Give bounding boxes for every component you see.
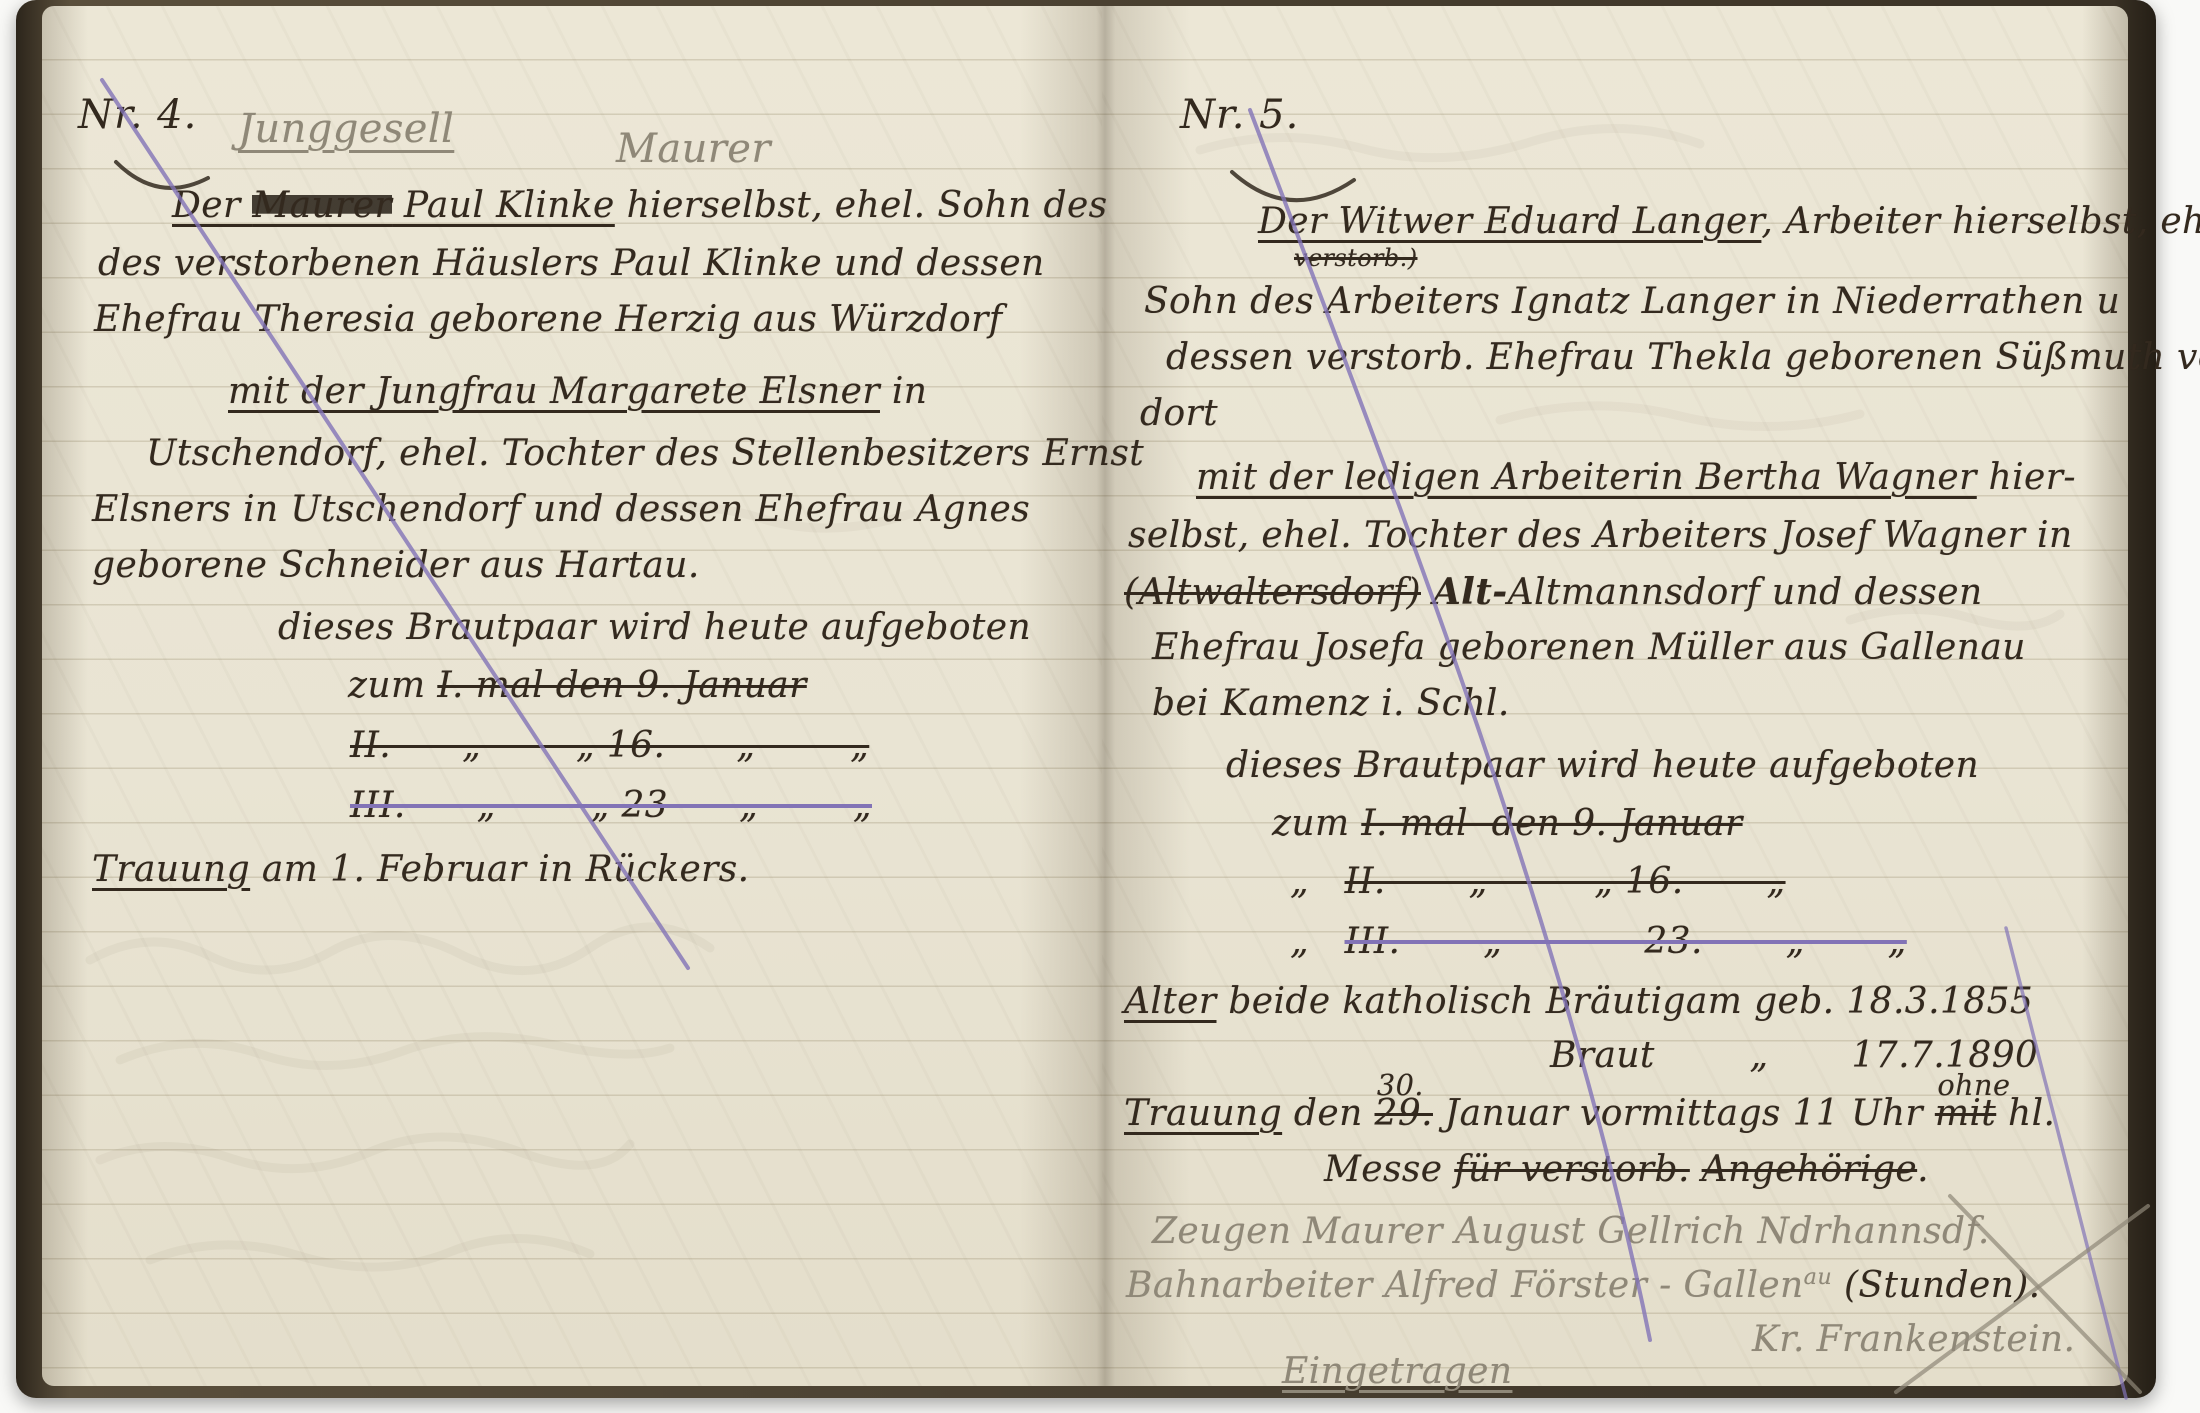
manuscript-line: Sohn des Arbeiters Ignatz Langer in Nied… xyxy=(1144,278,2120,327)
manuscript-segment: au xyxy=(1804,1264,1832,1290)
manuscript-segment: (Altwaltersdorf) xyxy=(1124,572,1421,613)
manuscript-line: zum I. mal den 9. Januar xyxy=(1272,800,1743,849)
manuscript-line: bei Kamenz i. Schl. xyxy=(1152,680,1510,729)
manuscript-segment: Messe xyxy=(1324,1149,1454,1190)
manuscript-segment: verstorb.) xyxy=(1294,244,1417,272)
manuscript-segment: Angehörige xyxy=(1702,1149,1917,1190)
manuscript-segment: zum xyxy=(1272,803,1361,844)
manuscript-segment: I. mal den 9. Januar xyxy=(1361,803,1742,844)
manuscript-segment: Zeugen Maurer August Gellrich Ndrhannsdf… xyxy=(1152,1211,1990,1252)
manuscript-segment: Maurer xyxy=(616,126,771,172)
manuscript-segment: III. „ 23. „ „ xyxy=(1345,921,1907,962)
manuscript-segment xyxy=(1690,1149,1702,1190)
manuscript-line: Kr. Frankenstein. xyxy=(1752,1316,2075,1365)
manuscript-segment: bei Kamenz i. Schl. xyxy=(1152,683,1510,724)
manuscript-segment: II. „ „ 16. „ „ xyxy=(350,725,869,766)
manuscript-segment: Bahnarbeiter Alfred Förster - Gallen xyxy=(1126,1265,1804,1306)
manuscript-segment: dieses Brautpaar wird heute aufgeboten xyxy=(1226,745,1979,786)
manuscript-line: „ II. „ „ 16. „ xyxy=(1290,858,1786,907)
manuscript-line: Ehefrau Josefa geborenen Müller aus Gall… xyxy=(1152,624,2026,673)
manuscript-line: selbst, ehel. Tochter des Arbeiters Jose… xyxy=(1128,512,2073,561)
manuscript-line: zum I. mal den 9. Januar xyxy=(348,662,807,711)
manuscript-line: Junggesell xyxy=(238,102,454,156)
manuscript-segment: Junggesell xyxy=(238,106,454,152)
manuscript-line: „ III. „ 23. „ „ xyxy=(1290,918,1907,967)
manuscript-segment: , Arbeiter hierselbst, ehel. xyxy=(1761,201,2200,242)
manuscript-line: Utschendorf, ehel. Tochter des Stellenbe… xyxy=(146,430,1144,479)
manuscript-segment: mit der ledigen Arbeiterin Bertha Wagner xyxy=(1196,457,1977,498)
manuscript-segment: geborene Schneider aus Hartau. xyxy=(92,545,700,586)
manuscript-segment: selbst, ehel. Tochter des Arbeiters Jose… xyxy=(1128,515,2073,556)
manuscript-segment: Alt- xyxy=(1433,571,1508,613)
manuscript-line: mit der Jungfrau Margarete Elsner in xyxy=(228,368,927,417)
manuscript-line: Eingetragen xyxy=(1282,1348,1512,1397)
manuscript-segment: am 1. Februar in Rückers. xyxy=(250,849,749,890)
correction-above: ohne xyxy=(1937,1066,2010,1105)
manuscript-line: III. „ „ 23 „ „ xyxy=(350,782,872,831)
manuscript-segment: dieses Brautpaar wird heute aufgeboten xyxy=(278,607,1031,648)
entry-number-right: Nr. 5. xyxy=(1180,92,1299,138)
manuscript-segment: für verstorb. xyxy=(1454,1149,1690,1190)
manuscript-line: (Altwaltersdorf) Alt-Altmannsdorf und de… xyxy=(1124,568,1983,618)
entry-number-left: Nr. 4. xyxy=(78,92,197,138)
manuscript-segment: Ehefrau Josefa geborenen Müller aus Gall… xyxy=(1152,627,2026,668)
manuscript-line: mit der ledigen Arbeiterin Bertha Wagner… xyxy=(1196,454,2076,503)
manuscript-segment: . xyxy=(1917,1149,1929,1190)
manuscript-line: geborene Schneider aus Hartau. xyxy=(92,542,700,591)
manuscript-segment: mitohne xyxy=(1935,1093,1996,1134)
manuscript-segment xyxy=(1421,572,1433,613)
manuscript-segment: Ehefrau Theresia geborene Herzig aus Wür… xyxy=(94,299,1002,340)
manuscript-segment: beide katholisch Bräutigam geb. 18.3.185… xyxy=(1217,981,2034,1022)
manuscript-segment: Kr. Frankenstein. xyxy=(1752,1319,2075,1360)
manuscript-segment: Utschendorf, ehel. Tochter des Stellenbe… xyxy=(146,433,1144,474)
manuscript-segment: dort xyxy=(1140,393,1218,434)
manuscript-segment: „ xyxy=(1290,861,1345,902)
manuscript-segment: hierselbst, ehel. Sohn des xyxy=(615,185,1108,226)
manuscript-segment: in xyxy=(880,371,927,412)
manuscript-segment: Sohn des Arbeiters Ignatz Langer in Nied… xyxy=(1144,281,2120,322)
manuscript-line: dieses Brautpaar wird heute aufgeboten xyxy=(1226,742,1979,791)
manuscript-line: Alter beide katholisch Bräutigam geb. 18… xyxy=(1124,978,2033,1027)
manuscript-segment: Trauung xyxy=(92,849,250,890)
manuscript-line: Der Witwer Eduard Langer, Arbeiter hiers… xyxy=(1258,198,2200,247)
manuscript-segment: II. „ „ 16. „ xyxy=(1345,861,1786,902)
manuscript-line: Bahnarbeiter Alfred Förster - Gallenau (… xyxy=(1126,1262,2041,1311)
manuscript-line: Der Maurer Paul Klinke hierselbst, ehel.… xyxy=(172,182,1108,231)
notebook-scan: Nr. 4. Nr. 5. JunggesellMaurerDer Maurer… xyxy=(0,0,2200,1413)
manuscript-line: dort xyxy=(1140,390,1218,439)
manuscript-segment: III. „ „ 23 „ „ xyxy=(350,785,872,826)
manuscript-line: Elsners in Utschendorf und dessen Ehefra… xyxy=(92,486,1030,535)
manuscript-segment: Paul Klinke xyxy=(392,185,615,226)
manuscript-segment: Der Witwer Eduard Langer xyxy=(1258,201,1761,242)
manuscript-line: dessen verstorb. Ehefrau Thekla geborene… xyxy=(1166,334,2200,383)
manuscript-segment: Trauung xyxy=(1124,1093,1282,1134)
manuscript-line: II. „ „ 16. „ „ xyxy=(350,722,869,771)
manuscript-segment: des verstorbenen Häuslers Paul Klinke un… xyxy=(98,243,1045,284)
manuscript-line: Zeugen Maurer August Gellrich Ndrhannsdf… xyxy=(1152,1208,1990,1257)
manuscript-line: Maurer xyxy=(616,122,771,176)
manuscript-segment: Alter xyxy=(1124,981,1217,1022)
manuscript-line: dieses Brautpaar wird heute aufgeboten xyxy=(278,604,1031,653)
manuscript-segment: Der xyxy=(172,185,252,226)
manuscript-segment: Eingetragen xyxy=(1282,1351,1512,1392)
manuscript-line: Messe für verstorb. Angehörige. xyxy=(1324,1146,1929,1195)
manuscript-line: des verstorbenen Häuslers Paul Klinke un… xyxy=(98,240,1045,289)
manuscript-segment: zum xyxy=(348,665,437,706)
manuscript-line: verstorb.) xyxy=(1294,242,1417,274)
manuscript-segment: 29.30. xyxy=(1375,1093,1433,1134)
manuscript-segment: Maurer xyxy=(252,185,392,226)
manuscript-segment: „ xyxy=(1290,921,1345,962)
manuscript-segment: I. mal den 9. Januar xyxy=(437,665,806,706)
manuscript-segment: dessen verstorb. Ehefrau Thekla geborene… xyxy=(1166,337,2200,378)
manuscript-line: Trauung den 29.30. Januar vormittags 11 … xyxy=(1124,1090,2055,1139)
manuscript-segment: hier- xyxy=(1977,457,2076,498)
manuscript-segment: den xyxy=(1282,1093,1374,1134)
manuscript-line: Trauung am 1. Februar in Rückers. xyxy=(92,846,749,895)
manuscript-segment: Altmannsdorf und dessen xyxy=(1508,572,1983,613)
manuscript-segment xyxy=(1832,1265,1844,1306)
manuscript-segment: mit der Jungfrau Margarete Elsner xyxy=(228,371,880,412)
manuscript-line: Ehefrau Theresia geborene Herzig aus Wür… xyxy=(94,296,1002,345)
manuscript-segment: Elsners in Utschendorf und dessen Ehefra… xyxy=(92,489,1030,530)
manuscript-segment: Januar vormittags 11 Uhr xyxy=(1433,1093,1935,1134)
manuscript-segment: (Stunden). xyxy=(1844,1265,2041,1306)
correction-above: 30. xyxy=(1377,1066,1424,1105)
